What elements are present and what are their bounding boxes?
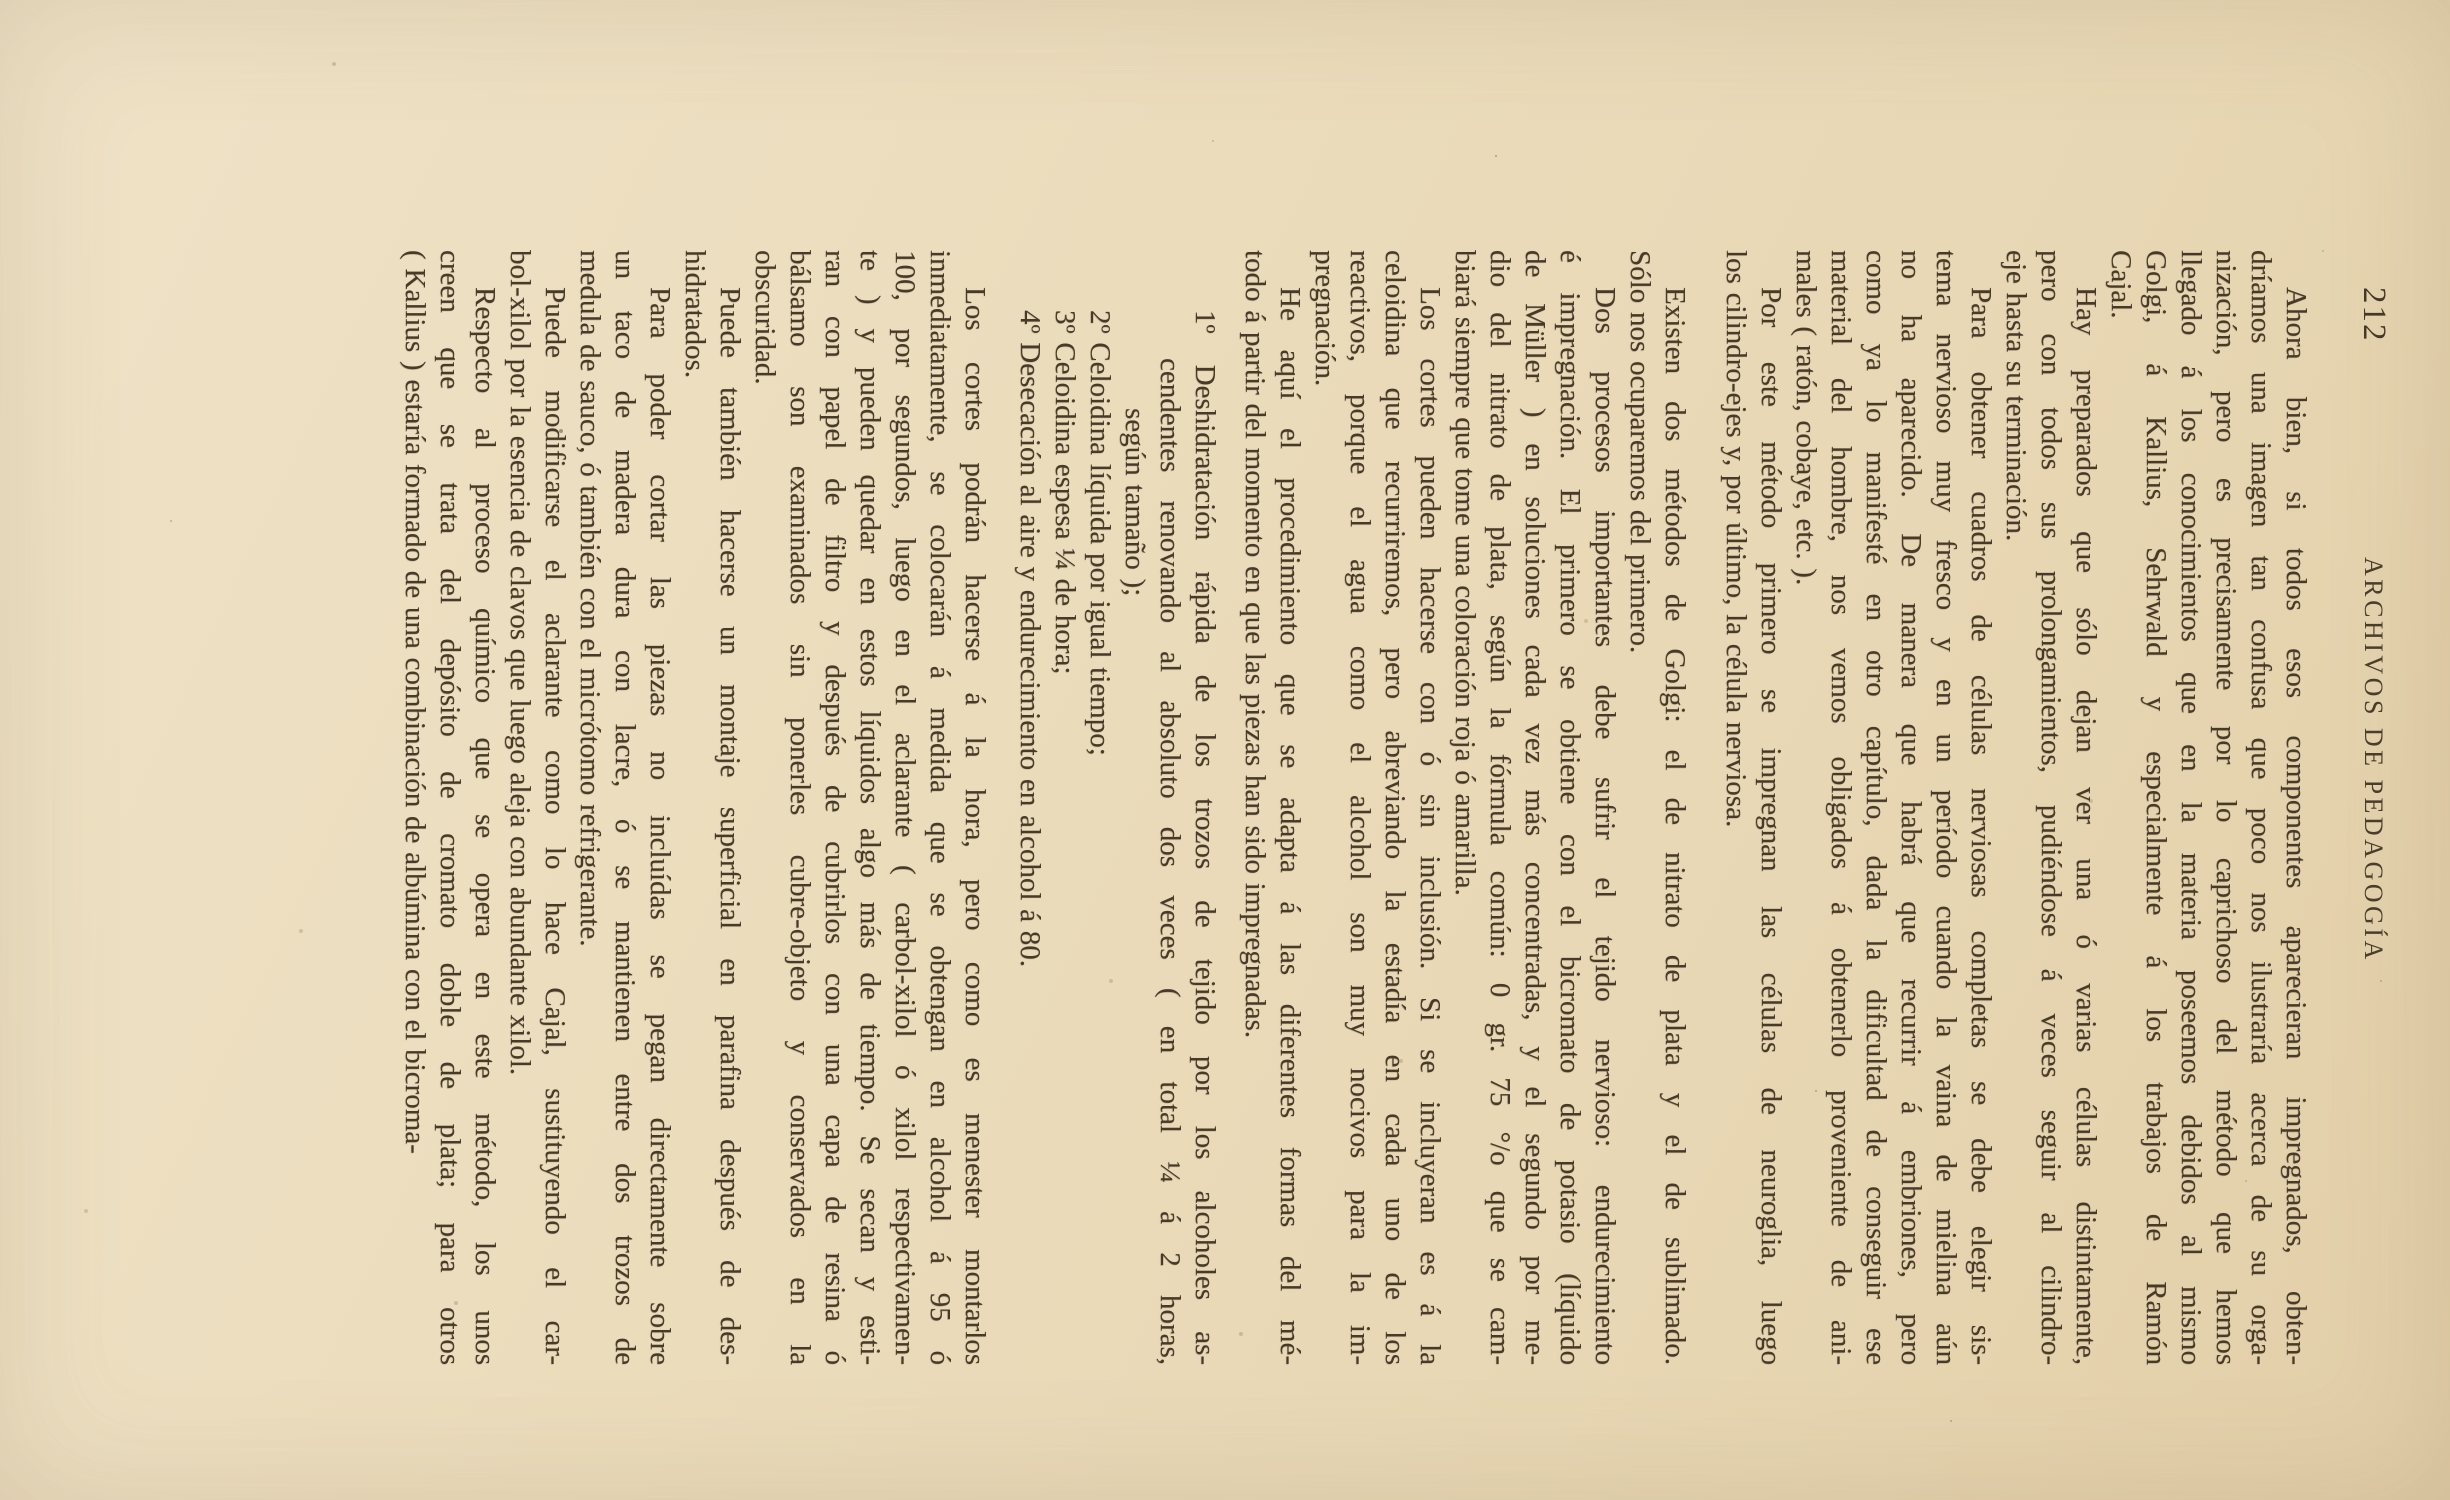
text-line: bálsamo son examinados sin ponerles cubr… xyxy=(782,250,817,1365)
text-line: Sólo nos ocuparemos del primero. xyxy=(1622,250,1657,1365)
text-line: Puede también hacerse un montaje superfi… xyxy=(712,250,747,1365)
page-number: 212 xyxy=(2355,287,2392,343)
text-line: 2º Celoidina líquida por igual tiempo; xyxy=(1082,250,1117,1365)
text-line: inmediatamente, se colocarán á medida qu… xyxy=(922,250,957,1365)
text-line: Para poder cortar las piezas no incluída… xyxy=(642,250,677,1365)
text-line: 1º Deshidratación rápida de los trozos d… xyxy=(1187,250,1222,1365)
text-line: Cajal. xyxy=(2103,250,2138,1365)
text-line: 100, por segundos, luego en el aclarante… xyxy=(887,250,922,1365)
text-line: dio del nitrato de plata, según la fórmu… xyxy=(1482,250,1517,1365)
text-line: Golgi, á Kallius, Sehrwald y especialmen… xyxy=(2138,250,2173,1365)
text-line: los cilindro-ejes y, por último, la célu… xyxy=(1718,250,1753,1365)
text-line: Los cortes pueden hacerse con ó sin incl… xyxy=(1412,250,1447,1365)
text-line: como ya lo manifesté en otro capítulo, d… xyxy=(1858,250,1893,1365)
text-line: 3º Celoidina espesa ¼ de hora; xyxy=(1047,250,1082,1365)
text-line: 4º Desecación al aire y endurecimiento e… xyxy=(1012,250,1047,1365)
text-line: pero con todos sus prolongamientos, pudi… xyxy=(2033,250,2068,1365)
text-line: todo á partir del momento en que las pie… xyxy=(1237,250,1272,1365)
text-line: celoidina que recurriremos, pero abrevia… xyxy=(1377,250,1412,1365)
text-line: Para obtener cuadros de células nerviosa… xyxy=(1963,250,1998,1365)
text-line: ( Kallius ) estaría formado de una combi… xyxy=(397,250,432,1365)
text-line: biará siempre que tome una coloración ro… xyxy=(1447,250,1482,1365)
text-line: males ( ratón, cobaye, etc. ). xyxy=(1788,250,1823,1365)
text-line: cendentes renovando al absoluto dos vece… xyxy=(1152,250,1187,1365)
running-head: 212 ARCHIVOS DE PEDAGOGÍA xyxy=(2352,0,2392,1500)
journal-title: ARCHIVOS DE PEDAGOGÍA xyxy=(2358,557,2388,963)
text-line: según tamaño ); xyxy=(1117,250,1152,1365)
book-page-sheet: 212 ARCHIVOS DE PEDAGOGÍA Ahora bien, si… xyxy=(0,0,2450,1500)
paper-speckles xyxy=(0,0,2,2)
text-line: de Müller ) en soluciones cada vez más c… xyxy=(1517,250,1552,1365)
text-line: Puede modificarse el aclarante como lo h… xyxy=(537,250,572,1365)
text-line: Respecto al proceso químico que se opera… xyxy=(467,250,502,1365)
text-line: ran con papel de filtro y después de cub… xyxy=(817,250,852,1365)
text-line: é impregnación. El primero se obtiene co… xyxy=(1552,250,1587,1365)
text-line: Existen dos métodos de Golgi: el de nitr… xyxy=(1657,250,1692,1365)
text-line: eje hasta su terminación. xyxy=(1998,250,2033,1365)
text-line: medula de sauco, ó también con el micrót… xyxy=(572,250,607,1365)
text-line: reactivos, porque el agua como el alcoho… xyxy=(1342,250,1377,1365)
text-line: Hay preparados que sólo dejan ver una ó … xyxy=(2068,250,2103,1365)
text-line: nización, pero es precisamente por lo ca… xyxy=(2208,250,2243,1365)
text-line: te ) y pueden quedar en estos líquidos a… xyxy=(852,250,887,1365)
text-line: no ha aparecido. De manera que habrá que… xyxy=(1893,250,1928,1365)
text-line: Ahora bien, si todos esos componentes ap… xyxy=(2278,250,2313,1365)
text-line: hidratados. xyxy=(677,250,712,1365)
text-line: pregnación. xyxy=(1307,250,1342,1365)
text-line: Dos procesos importantes debe sufrir el … xyxy=(1587,250,1622,1365)
scanned-book-page: { "page": { "journal_header": "ARCHIVOS … xyxy=(0,0,2450,1500)
text-line: tema nervioso muy fresco y en un período… xyxy=(1928,250,1963,1365)
text-line: un taco de madera dura con lacre, ó se m… xyxy=(607,250,642,1365)
text-line: material del hombre, nos vemos obligados… xyxy=(1823,250,1858,1365)
text-line: Los cortes podrán hacerse á la hora, per… xyxy=(957,250,992,1365)
text-line: He aquí el procedimiento que se adapta á… xyxy=(1272,250,1307,1365)
body-text: Ahora bien, si todos esos componentes ap… xyxy=(397,250,2313,1365)
text-line: bol-xilol por la esencia de clavos que l… xyxy=(502,250,537,1365)
text-line: obscuridad. xyxy=(747,250,782,1365)
text-line: creen que se trata del depósito de croma… xyxy=(432,250,467,1365)
text-line: dríamos una imagen tan confusa que poco … xyxy=(2243,250,2278,1365)
text-line: llegado á los conocimientos que en la ma… xyxy=(2173,250,2208,1365)
text-line: Por este método primero se impregnan las… xyxy=(1753,250,1788,1365)
